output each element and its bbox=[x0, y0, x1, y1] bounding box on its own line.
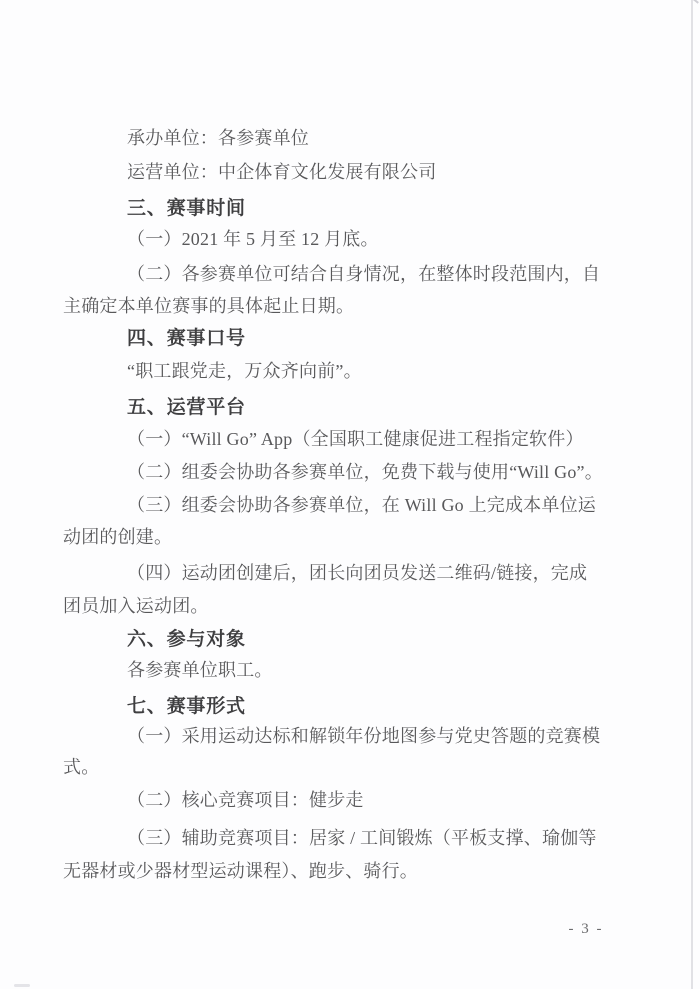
section-heading-event-format: 七、赛事形式 bbox=[127, 696, 246, 718]
scan-smudge bbox=[14, 984, 30, 987]
section-heading-participants: 六、参与对象 bbox=[127, 629, 246, 651]
doc-line: （二）组委会协助各参赛单位，免费下载与使用“Will Go”。 bbox=[127, 461, 603, 483]
scan-edge-line bbox=[691, 0, 693, 989]
doc-line: 动团的创建。 bbox=[63, 526, 172, 548]
section-heading-operation-platform: 五、运营平台 bbox=[127, 397, 246, 419]
doc-line: 式。 bbox=[63, 756, 99, 778]
page-number: - 3 - bbox=[556, 921, 616, 938]
doc-line: 主确定本单位赛事的具体起止日期。 bbox=[63, 295, 354, 317]
doc-line: 无器材或少器材型运动课程）、跑步、骑行。 bbox=[63, 860, 418, 882]
doc-line: （一）“Will Go” App（全国职工健康促进工程指定软件） bbox=[127, 428, 584, 450]
doc-line: （一）采用运动达标和解锁年份地图参与党史答题的竞赛模 bbox=[127, 725, 600, 747]
section-heading-event-slogan: 四、赛事口号 bbox=[127, 328, 246, 350]
doc-line: （二）各参赛单位可结合自身情况，在整体时段范围内，自 bbox=[127, 263, 600, 285]
doc-line: （三）辅助竞赛项目：居家 / 工间锻炼（平板支撑、瑜伽等 bbox=[127, 827, 597, 849]
doc-line: “职工跟党走，万众齐向前”。 bbox=[127, 360, 362, 382]
doc-line: （四）运动团创建后，团长向团员发送二维码/链接，完成 bbox=[127, 562, 587, 584]
section-heading-event-time: 三、赛事时间 bbox=[127, 198, 246, 220]
doc-line-host-unit: 承办单位：各参赛单位 bbox=[127, 127, 309, 149]
doc-line: （一）2021 年 5 月至 12 月底。 bbox=[127, 228, 379, 250]
doc-line: （三）组委会协助各参赛单位，在 Will Go 上完成本单位运 bbox=[127, 494, 596, 516]
document-page: 承办单位：各参赛单位 运营单位：中企体育文化发展有限公司 三、赛事时间 （一）2… bbox=[0, 0, 700, 989]
doc-line-operator-unit: 运营单位：中企体育文化发展有限公司 bbox=[127, 161, 436, 183]
doc-line: 各参赛单位职工。 bbox=[127, 659, 273, 681]
doc-line: 团员加入运动团。 bbox=[63, 595, 209, 617]
doc-line: （二）核心竞赛项目：健步走 bbox=[127, 789, 364, 811]
